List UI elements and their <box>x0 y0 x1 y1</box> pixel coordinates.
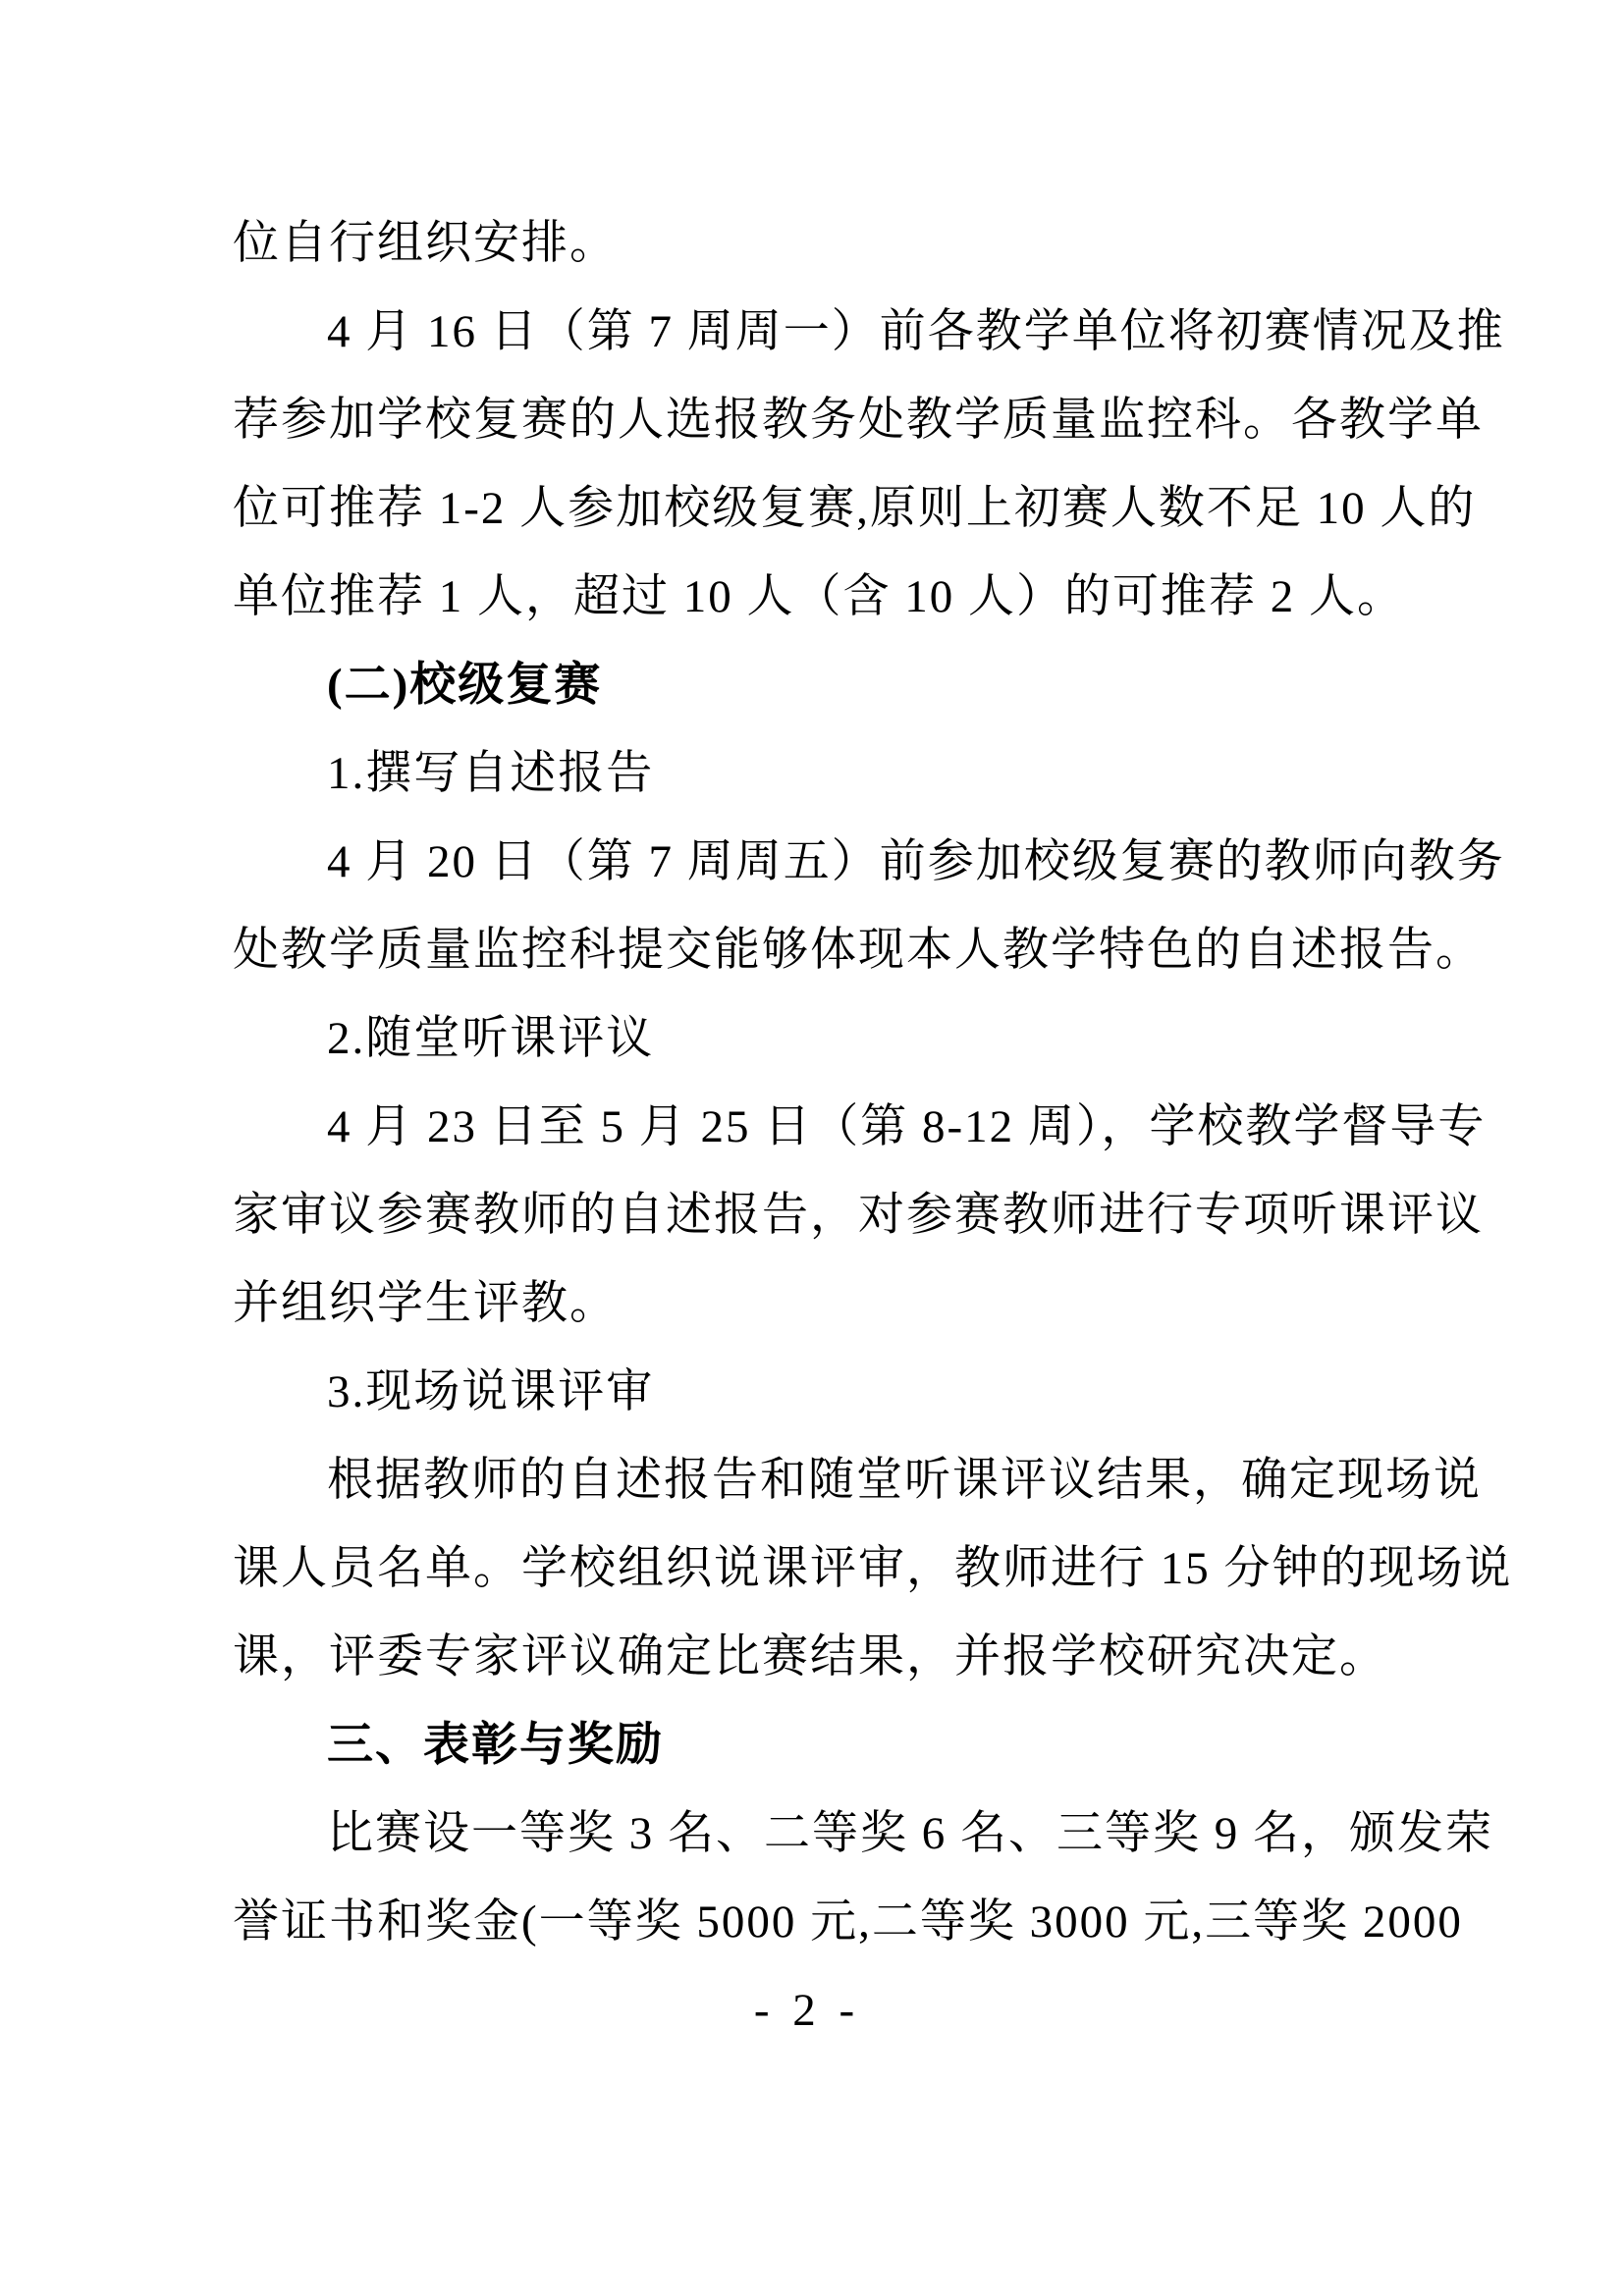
text-line: 家审议参赛教师的自述报告，对参赛教师进行专项听课评议 <box>233 1171 1381 1259</box>
text-line: 誉证书和奖金(一等奖 5000 元,二等奖 3000 元,三等奖 2000 <box>233 1878 1381 1966</box>
text-line: 课人员名单。学校组织说课评审，教师进行 15 分钟的现场说 <box>233 1524 1381 1613</box>
list-item-title: 1.撰写自述报告 <box>233 729 1381 818</box>
list-item-title: 2.随堂听课评议 <box>233 994 1381 1083</box>
document-page: 位自行组织安排。 4 月 16 日（第 7 周周一）前各教学单位将初赛情况及推 … <box>0 0 1624 2296</box>
text-block: 位自行组织安排。 4 月 16 日（第 7 周周一）前各教学单位将初赛情况及推 … <box>233 199 1381 2055</box>
text-line: 课，评委专家评议确定比赛结果，并报学校研究决定。 <box>233 1613 1381 1701</box>
list-item-title: 3.现场说课评审 <box>233 1348 1381 1436</box>
text-line: 并组织学生评教。 <box>233 1259 1381 1348</box>
text-line: 根据教师的自述报告和随堂听课评议结果，确定现场说 <box>233 1436 1381 1524</box>
text-line: 4 月 16 日（第 7 周周一）前各教学单位将初赛情况及推 <box>233 288 1381 376</box>
text-line: 4 月 23 日至 5 月 25 日（第 8-12 周），学校教学督导专 <box>233 1083 1381 1171</box>
section-heading-school-rematch: (二)校级复赛 <box>233 641 1381 729</box>
text-line: 荐参加学校复赛的人选报教务处教学质量监控科。各教学单 <box>233 376 1381 464</box>
text-line: 单位推荐 1 人，超过 10 人（含 10 人）的可推荐 2 人。 <box>233 553 1381 641</box>
section-heading-awards: 三、表彰与奖励 <box>233 1701 1381 1789</box>
text-line: 位可推荐 1-2 人参加校级复赛,原则上初赛人数不足 10 人的 <box>233 464 1381 553</box>
page-number: - 2 - <box>233 1966 1381 2055</box>
text-line: 位自行组织安排。 <box>233 199 1381 288</box>
text-line: 4 月 20 日（第 7 周周五）前参加校级复赛的教师向教务 <box>233 818 1381 906</box>
text-line: 处教学质量监控科提交能够体现本人教学特色的自述报告。 <box>233 906 1381 994</box>
text-line: 比赛设一等奖 3 名、二等奖 6 名、三等奖 9 名，颁发荣 <box>233 1789 1381 1878</box>
